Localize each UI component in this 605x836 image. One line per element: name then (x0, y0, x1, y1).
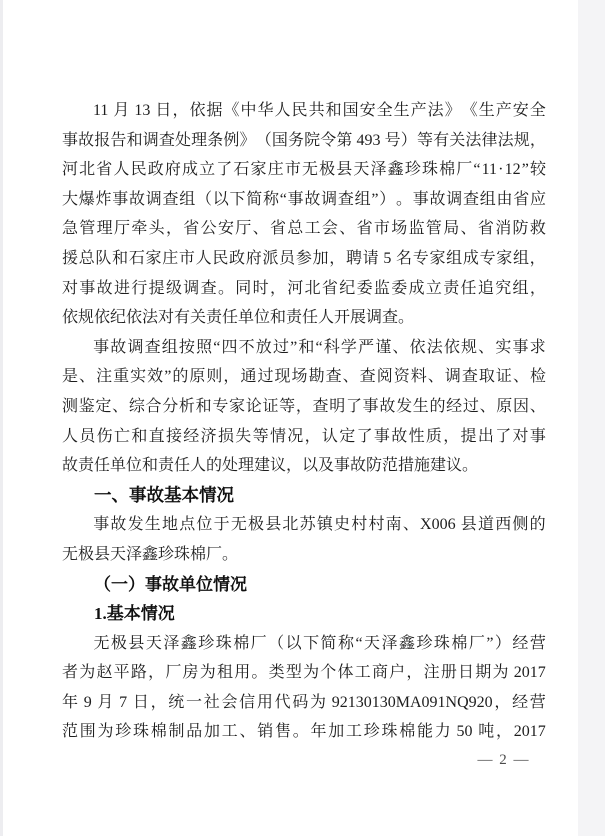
text-line: 依规依纪依法对有关责任单位和责任人开展调查。 (62, 303, 546, 333)
text-line: 无极县天泽鑫珍珠棉厂。 (62, 540, 546, 570)
text-line: 是、注重实效”的原则，通过现场勘查、查阅资料、调查取证、检 (62, 362, 546, 392)
heading-line: （一）事故单位情况 (62, 570, 546, 600)
text-line: 无极县天泽鑫珍珠棉厂（以下简称“天泽鑫珍珠棉厂”）经营 (62, 629, 546, 659)
text-line: 急管理厅牵头，省公安厅、省总工会、省市场监管局、省消防救 (62, 214, 546, 244)
scan-edge-left (0, 0, 3, 836)
text-line: 事故调查组按照“四不放过”和“科学严谨、依法依规、实事求 (62, 333, 546, 363)
scan-edge-right (578, 0, 605, 836)
page-content: 11 月 13 日，依据《中华人民共和国安全生产法》《生产安全事故报告和调查处理… (62, 96, 546, 747)
heading-line: 1.基本情况 (62, 599, 546, 629)
text-line: 范围为珍珠棉制品加工、销售。年加工珍珠棉能力 50 吨，2017 (62, 717, 546, 747)
text-line: 测鉴定、综合分析和专家论证等，查明了事故发生的经过、原因、 (62, 392, 546, 422)
text-line: 者为赵平路，厂房为租用。类型为个体工商户，注册日期为 2017 (62, 658, 546, 688)
text-line: 河北省人民政府成立了石家庄市无极县天泽鑫珍珠棉厂“11·12”较 (62, 155, 546, 185)
heading-line: 一、事故基本情况 (62, 481, 546, 511)
text-line: 事故报告和调查处理条例》（国务院令第 493 号）等有关法律法规， (62, 126, 546, 156)
text-line: 援总队和石家庄市人民政府派员参加，聘请 5 名专家组成专家组， (62, 244, 546, 274)
text-line: 对事故进行提级调查。同时，河北省纪委监委成立责任追究组， (62, 274, 546, 304)
text-line: 人员伤亡和直接经济损失等情况，认定了事故性质，提出了对事 (62, 422, 546, 452)
text-line: 年 9 月 7 日，统一社会信用代码为 92130130MA091NQ920，经… (62, 688, 546, 718)
document-page: 11 月 13 日，依据《中华人民共和国安全生产法》《生产安全事故报告和调查处理… (0, 0, 605, 836)
text-line: 大爆炸事故调查组（以下简称“事故调查组”）。事故调查组由省应 (62, 185, 546, 215)
page-number: — 2 — (62, 752, 530, 769)
text-line: 11 月 13 日，依据《中华人民共和国安全生产法》《生产安全 (62, 96, 546, 126)
text-line: 事故发生地点位于无极县北苏镇史村村南、X006 县道西侧的 (62, 510, 546, 540)
text-line: 故责任单位和责任人的处理建议，以及事故防范措施建议。 (62, 451, 546, 481)
